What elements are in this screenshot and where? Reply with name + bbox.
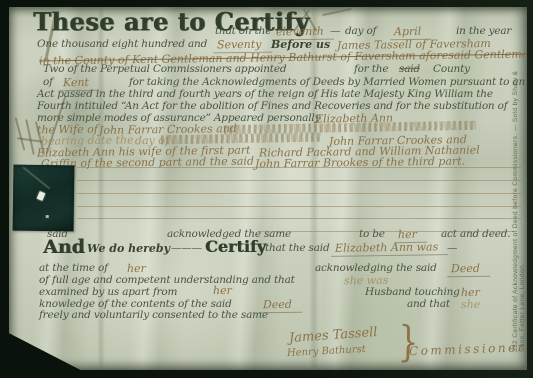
text-segment: day of bbox=[345, 26, 376, 37]
text-segment: her bbox=[127, 263, 146, 275]
signature-henry-bathurst: Henry Bathurst bbox=[287, 345, 366, 360]
signature-james-tassell: James Tassell bbox=[289, 326, 378, 346]
text-segment: of full age and competent understanding … bbox=[39, 275, 295, 286]
text-segment: Husband touching bbox=[365, 287, 460, 298]
text-segment: and that bbox=[407, 299, 450, 310]
commissioners-label: Commissioners bbox=[409, 341, 527, 358]
text-segment: for taking the Acknowledgments of Deeds … bbox=[129, 77, 525, 88]
text-segment: that the said bbox=[265, 243, 329, 254]
text-segment: One thousand eight hundred and bbox=[37, 39, 207, 50]
ruled-blank-line bbox=[77, 180, 521, 181]
text-segment: examined by us apart from bbox=[39, 287, 177, 298]
text-segment: County bbox=[433, 64, 470, 75]
text-segment: acknowledging the said bbox=[315, 263, 437, 274]
text-segment: to be bbox=[359, 229, 385, 240]
stain-scratch bbox=[22, 166, 50, 189]
ink-stain-patch bbox=[13, 165, 75, 232]
printer-imprint-vertical: 332 Certificate of Acknowledgment of Dee… bbox=[512, 62, 526, 352]
paper-speck bbox=[46, 215, 49, 218]
deponent-name: Elizabeth Ann bbox=[315, 112, 393, 125]
text-segment: And bbox=[43, 238, 85, 258]
text-segment: said bbox=[399, 64, 420, 75]
text-segment: freely and voluntarily consented to the … bbox=[39, 310, 268, 321]
text-segment: of bbox=[43, 77, 53, 88]
text-segment: — bbox=[447, 243, 457, 254]
text-segment: Before us bbox=[271, 39, 330, 51]
text-segment: act and deed. bbox=[441, 229, 510, 240]
text-segment: We do hereby bbox=[87, 243, 170, 255]
text-segment: Two of the Perpetual Commissioners appoi… bbox=[43, 64, 286, 75]
text-segment: ——— bbox=[171, 243, 202, 254]
paper: These are to Certifythat on theeleventh—… bbox=[9, 7, 527, 370]
text-segment: Act passed in the third and fourth years… bbox=[37, 89, 493, 100]
ruled-blank-line bbox=[77, 206, 521, 207]
text-segment: her bbox=[213, 285, 232, 297]
text-segment: in the year bbox=[456, 26, 511, 37]
text-segment: Deed bbox=[447, 263, 490, 277]
text-segment: Certify bbox=[205, 239, 266, 256]
text-segment: for the bbox=[354, 64, 388, 75]
text-segment: Elizabeth Ann was bbox=[331, 241, 448, 256]
text-segment: Fourth intituled “An Act for the aboliti… bbox=[37, 101, 507, 112]
ruled-blank-line bbox=[77, 218, 521, 219]
pencil-scribble bbox=[15, 117, 26, 150]
text-segment: that on the bbox=[215, 26, 271, 37]
pencil-scribble bbox=[25, 119, 34, 155]
text-segment: at the time of bbox=[39, 263, 108, 274]
ruled-blank-line bbox=[77, 193, 521, 194]
paper-speck bbox=[37, 191, 46, 201]
text-segment: John Farrar Brookes of the third part. bbox=[255, 156, 465, 170]
text-segment: she bbox=[461, 299, 480, 311]
text-segment: — bbox=[330, 26, 340, 37]
pencil-scribble bbox=[322, 8, 352, 16]
scanned-document-photo: These are to Certifythat on theeleventh—… bbox=[0, 0, 533, 378]
